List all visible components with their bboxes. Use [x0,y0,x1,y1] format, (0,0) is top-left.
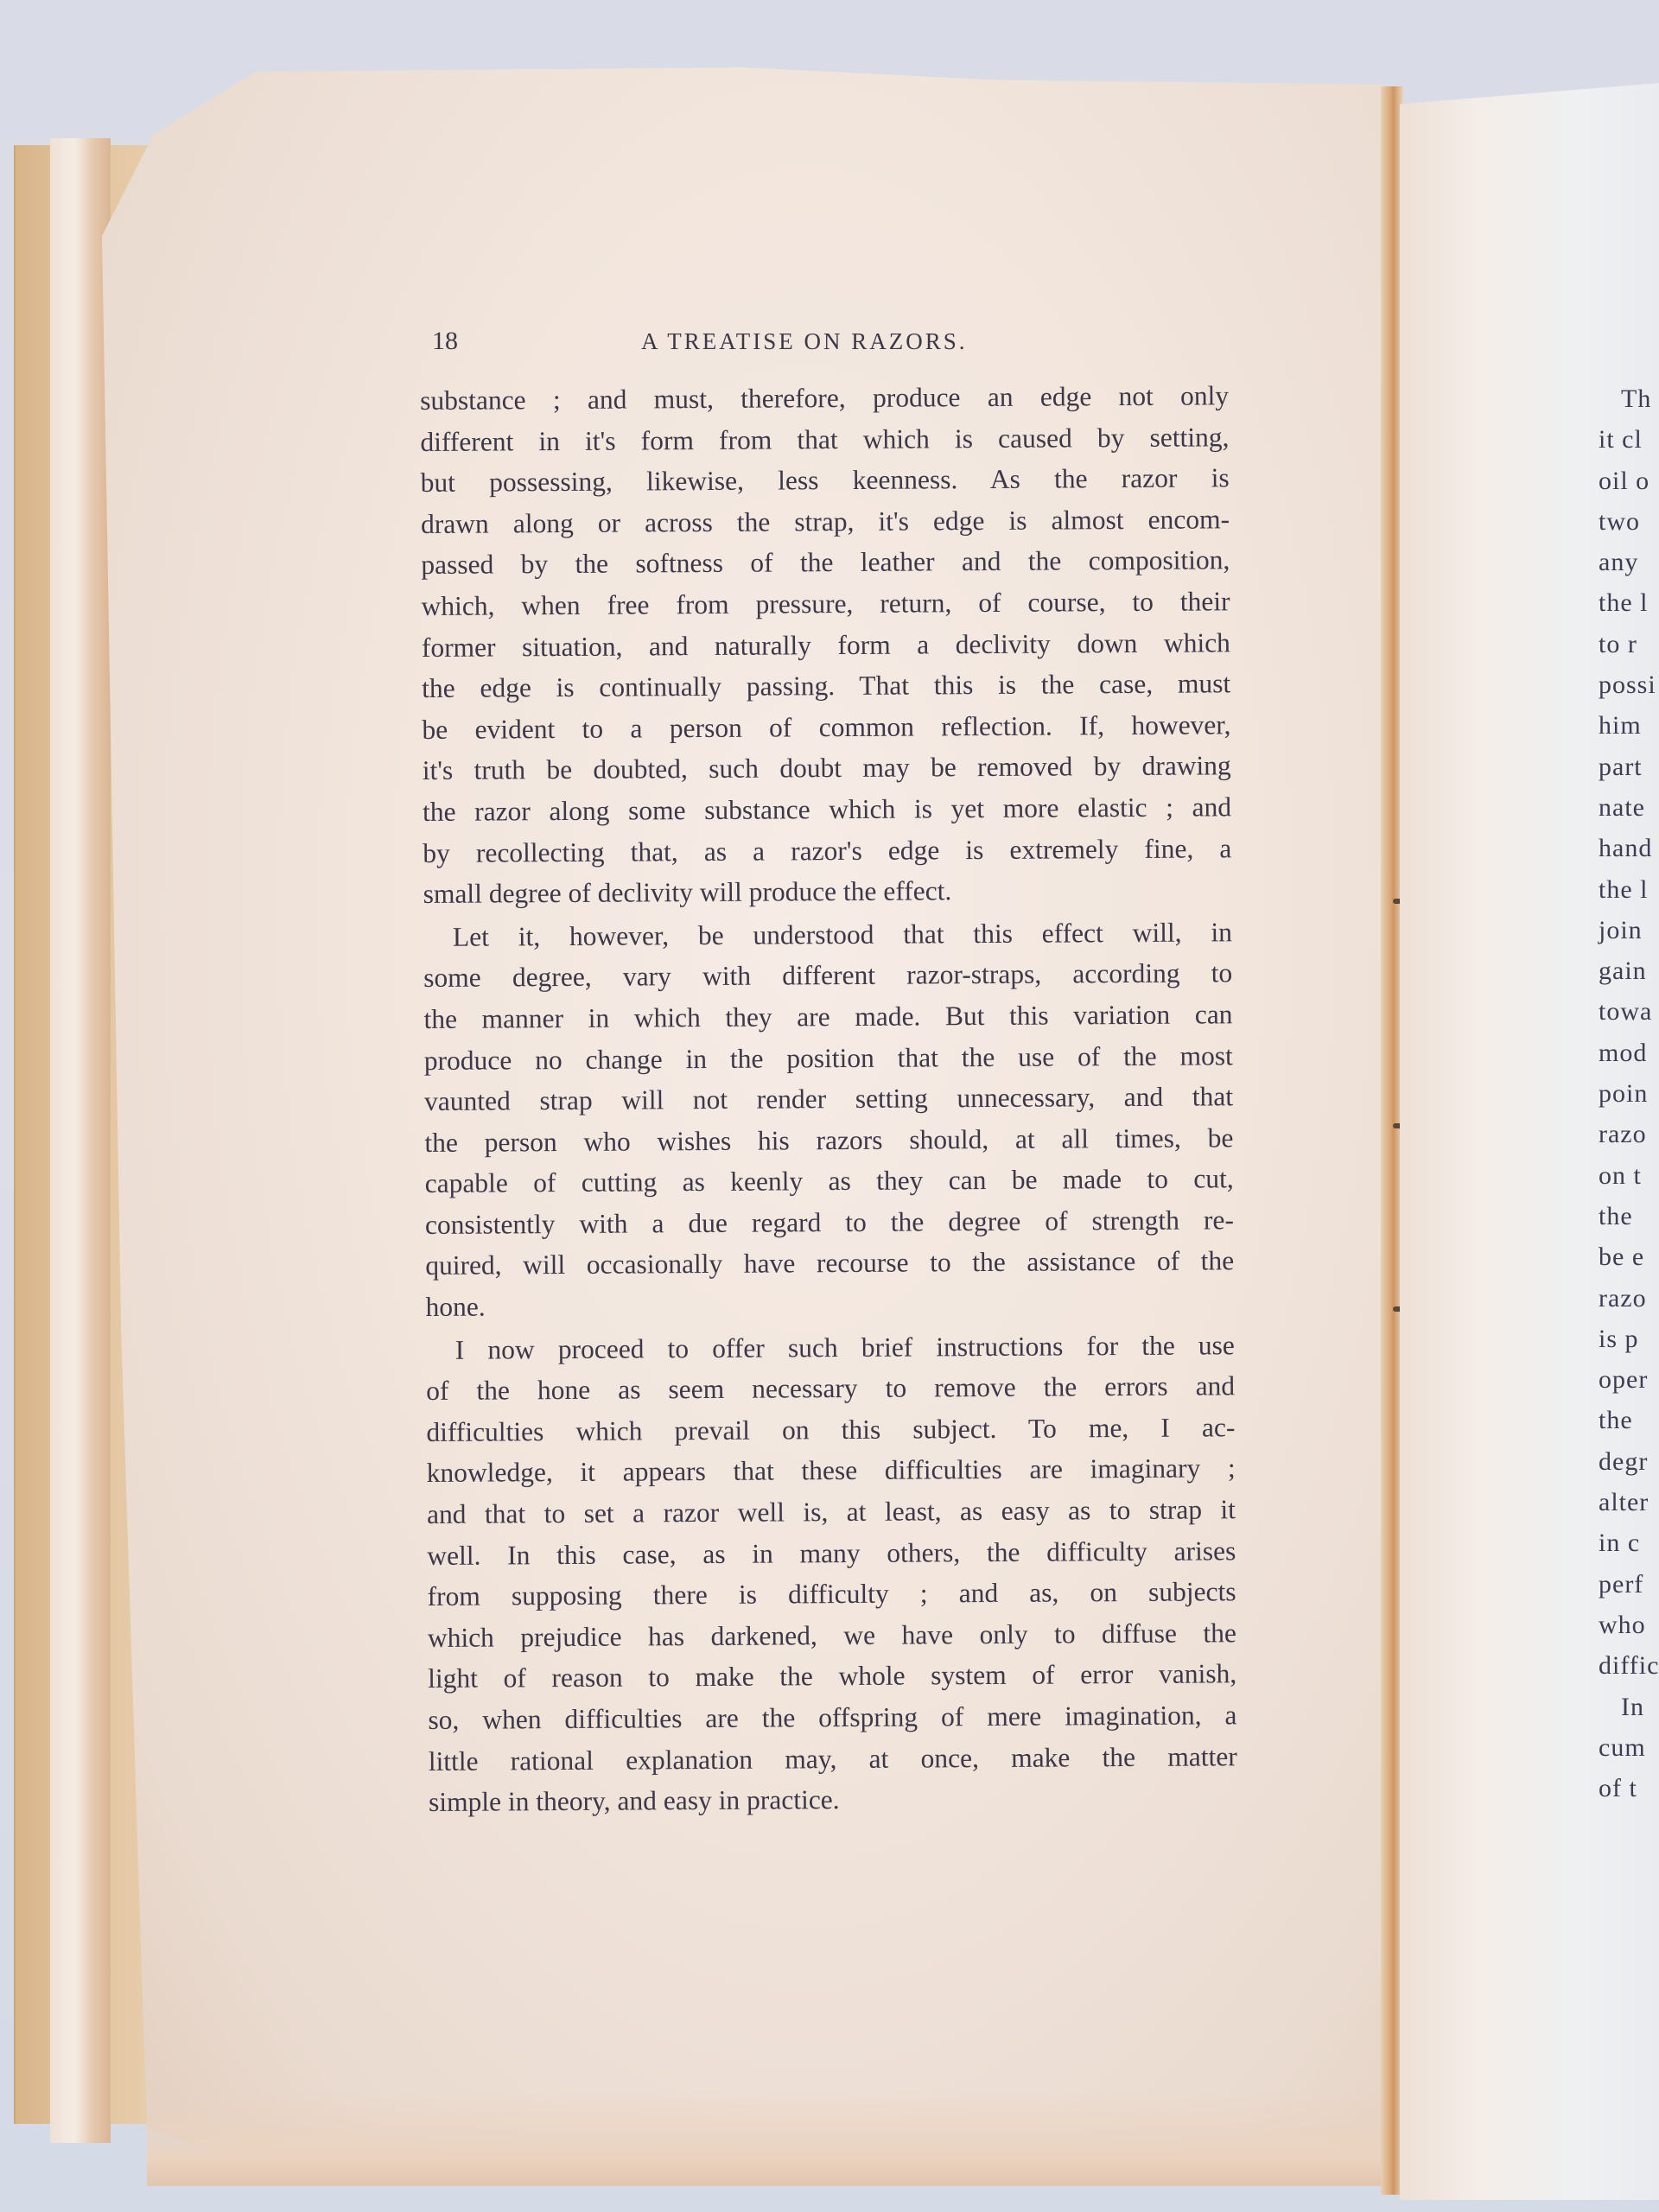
right-page-line-fragment: towa [1599,991,1659,1032]
right-page-line-fragment: Th [1599,378,1659,419]
right-page-line-fragment: gain [1599,950,1659,991]
right-page-line-fragment: mod [1599,1033,1659,1073]
text-line: the edge is continually passing. That th… [422,663,1230,709]
right-page-line-fragment: degr [1599,1441,1659,1482]
text-line: capable of cutting as keenly as they can… [425,1159,1234,1205]
right-page-line-fragment: possi [1599,664,1659,705]
right-page-text-fragments: Thit cloil otwoanythe lto rpossihimpartn… [1599,378,1659,1808]
right-page-line-fragment: oil o [1599,461,1659,501]
right-page-line-fragment: is p [1599,1319,1659,1359]
text-line: consistently with a due regard to the de… [425,1199,1234,1245]
right-page-line-fragment: of t [1599,1768,1659,1808]
text-line: small degree of declivity will produce t… [423,868,1231,914]
right-page-line-fragment: the l [1599,582,1659,623]
text-line: difficulties which prevail on this subje… [426,1407,1235,1452]
right-page-line-fragment: join [1599,910,1659,950]
text-line: knowledge, it appears that these difficu… [427,1448,1236,1494]
right-page-line-fragment: hand [1599,828,1659,868]
text-line: hone. [425,1281,1234,1327]
paragraph: I now proceed to offer such brief instru… [426,1325,1237,1823]
text-line: I now proceed to offer such brief instru… [426,1325,1235,1370]
right-page-line-fragment: him [1599,705,1659,746]
text-line: substance ; and must, therefore, produce… [420,375,1229,421]
text-line: Let it, however, be understood that this… [423,912,1232,957]
text-line: drawn along or across the strap, it's ed… [421,499,1230,544]
left-page-fold-shadow [147,2091,1382,2186]
right-page-line-fragment: alter [1599,1482,1659,1522]
right-page-line-fragment: to r [1599,624,1659,664]
text-line: from supposing there is difficulty ; and… [427,1571,1236,1617]
right-page-line-fragment: in c [1599,1522,1659,1563]
text-line: quired, will occasionally have recourse … [425,1241,1234,1287]
right-page-line-fragment: be e [1599,1236,1659,1277]
text-line: it's truth be doubted, such doubt may be… [423,746,1231,791]
right-page-line-fragment: razo [1599,1278,1659,1319]
text-line: little rational explanation may, at once… [429,1736,1237,1782]
right-page-line-fragment: cum [1599,1727,1659,1768]
text-line: simple in theory, and easy in practice. [429,1777,1237,1822]
right-page-line-fragment: razo [1599,1114,1659,1154]
text-line: passed by the softness of the leather an… [421,540,1230,586]
right-page-line-fragment: any [1599,542,1659,582]
right-page-line-fragment: perf [1599,1564,1659,1605]
right-page-line-fragment: it cl [1599,419,1659,460]
right-page-line-fragment: nate [1599,787,1659,828]
right-page-line-fragment: two [1599,501,1659,542]
torn-page-edges [50,138,111,2143]
text-line: the person who wishes his razors should,… [424,1117,1233,1163]
text-line: former situation, and naturally form a d… [422,622,1230,668]
right-page-line-fragment: the l [1599,869,1659,910]
text-line: which, when free from pressure, return, … [421,581,1230,626]
text-line: different in it's form from that which i… [420,416,1229,462]
right-page-line-fragment: the [1599,1196,1659,1236]
text-line: and that to set a razor well is, at leas… [427,1489,1236,1535]
right-page-line-fragment: diffic [1599,1645,1659,1686]
text-line: vaunted strap will not render setting un… [424,1076,1233,1122]
paragraph: substance ; and must, therefore, produce… [420,375,1232,914]
text-line: the razor along some substance which is … [423,786,1231,832]
text-line: by recollecting that, as a razor's edge … [423,828,1231,874]
text-line: well. In this case, as in many others, t… [427,1530,1236,1576]
text-line: of the hone as seem necessary to remove … [426,1366,1235,1412]
running-head-title: A TREATISE ON RAZORS. [641,328,968,355]
body-text: substance ; and must, therefore, produce… [420,375,1237,1822]
right-page-line-fragment: who [1599,1605,1659,1645]
right-page-line-fragment: on t [1599,1155,1659,1196]
text-line: some degree, vary with different razor-s… [423,953,1232,999]
page-number: 18 [432,327,458,356]
text-line: be evident to a person of common reflect… [422,704,1230,750]
right-page-line-fragment: the [1599,1400,1659,1440]
text-line: light of reason to make the whole system… [428,1654,1236,1700]
right-page-line-fragment: In [1599,1687,1659,1727]
text-line: the manner in which they are made. But t… [423,994,1232,1039]
right-page-line-fragment: part [1599,747,1659,787]
text-line: which prejudice has darkened, we have on… [428,1612,1236,1658]
text-line: but possessing, likewise, less keenness.… [421,457,1230,503]
text-line: produce no change in the position that t… [424,1035,1233,1081]
right-page-line-fragment: oper [1599,1359,1659,1400]
running-head: 18 A TREATISE ON RAZORS. [432,327,1020,361]
text-line: so, when difficulties are the offspring … [428,1694,1236,1740]
paragraph: Let it, however, be understood that this… [423,912,1235,1328]
right-page-line-fragment: poin [1599,1073,1659,1114]
